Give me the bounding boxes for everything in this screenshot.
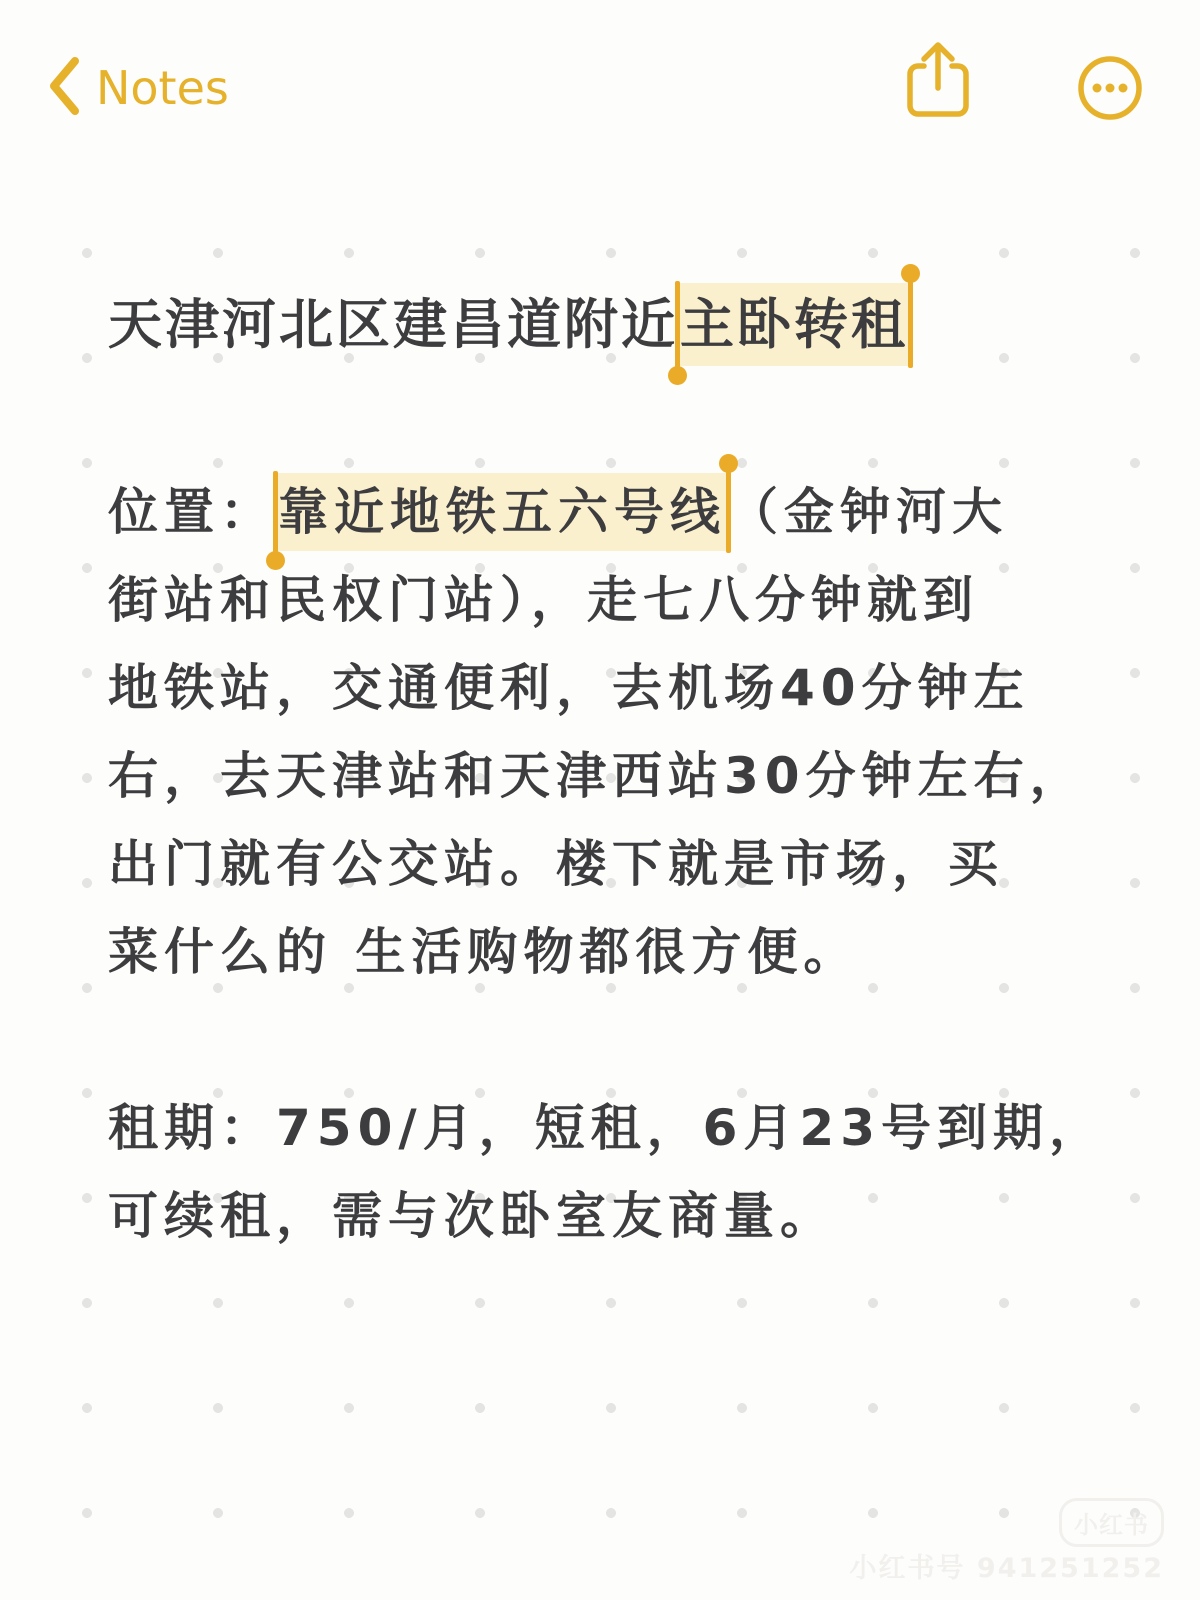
ellipsis-circle-icon [1076, 110, 1144, 125]
title-highlight-text: 主卧转租 [680, 293, 908, 356]
body-line: 街站和民权门站），走七八分钟就到 [0, 556, 1200, 644]
title-selected-text[interactable]: 主卧转租 [678, 283, 910, 366]
xiaohongshu-id-watermark: 小红书号 941251252 [850, 1546, 1164, 1585]
body-line: 位置：靠近地铁五六号线（金钟河大 [0, 468, 1200, 556]
body-line: 菜什么的 生活购物都很方便。 [0, 908, 1200, 996]
back-button-label: Notes [96, 61, 229, 115]
note-title: 天津河北区建昌道附近主卧转租 [0, 281, 1200, 369]
body-line: 右，去天津站和天津西站30分钟左右， [0, 732, 1200, 820]
share-button[interactable] [902, 40, 974, 123]
chevron-left-icon [48, 56, 80, 120]
note-canvas[interactable]: 天津河北区建昌道附近主卧转租 位置：靠近地铁五六号线（金钟河大 街站和民权门站）… [0, 200, 1200, 1600]
body-selected-text[interactable]: 靠近地铁五六号线 [276, 473, 728, 551]
note-paragraph-location: 位置：靠近地铁五六号线（金钟河大 街站和民权门站），走七八分钟就到 地铁站，交通… [0, 468, 1200, 996]
body-line: 出门就有公交站。楼下就是市场，买 [0, 820, 1200, 908]
back-button[interactable]: Notes [48, 56, 229, 120]
body-line: 地铁站，交通便利，去机场40分钟左 [0, 644, 1200, 732]
body-line: 租期：750/月，短租，6月23号到期， [0, 1084, 1200, 1172]
body-line: 可续租，需与次卧室友商量。 [0, 1172, 1200, 1260]
body-highlight-text: 靠近地铁五六号线 [278, 483, 726, 541]
share-icon [902, 108, 974, 123]
notes-app-screen: Notes 天津河北区建昌道附近主卧转租 位置：靠近地铁五 [0, 0, 1200, 1600]
body-text: 位置： [108, 483, 276, 541]
title-text: 天津河北区建昌道附近 [108, 293, 678, 356]
body-text: （金钟河大 [728, 483, 1008, 541]
xiaohongshu-logo-badge: 小红书 [1059, 1498, 1164, 1547]
more-options-button[interactable] [1076, 54, 1144, 125]
note-paragraph-rent: 租期：750/月，短租，6月23号到期， 可续租，需与次卧室友商量。 [0, 1084, 1200, 1260]
title-line: 天津河北区建昌道附近主卧转租 [0, 281, 1200, 369]
